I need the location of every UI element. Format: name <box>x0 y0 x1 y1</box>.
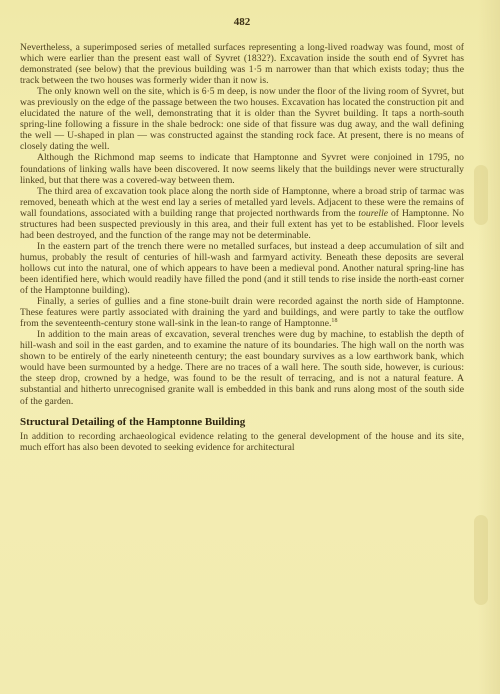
paragraph-third-area: The third area of excavation took place … <box>20 186 464 241</box>
paragraph-roadway: Nevertheless, a superimposed series of m… <box>20 42 464 86</box>
document-page: 482 Nevertheless, a superimposed series … <box>20 16 464 453</box>
italic-term: tourelle <box>358 208 388 219</box>
paragraph-structural-detailing: In addition to recording archaeological … <box>20 431 464 453</box>
page-number: 482 <box>20 16 464 28</box>
section-heading: Structural Detailing of the Hamptonne Bu… <box>20 416 464 428</box>
paragraph-eastern-trench: In the eastern part of the trench there … <box>20 241 464 296</box>
paragraph-richmond-map: Although the Richmond map seems to indic… <box>20 152 464 185</box>
paragraph-gullies: Finally, a series of gullies and a fine … <box>20 296 464 329</box>
paragraph-trenches: In addition to the main areas of excavat… <box>20 329 464 406</box>
page-edge-mark <box>474 165 488 225</box>
page-edge-mark <box>474 515 488 605</box>
paragraph-well: The only known well on the site, which i… <box>20 86 464 152</box>
text-segment: Finally, a series of gullies and a fine … <box>20 296 464 329</box>
footnote-reference[interactable]: 18 <box>331 318 337 324</box>
